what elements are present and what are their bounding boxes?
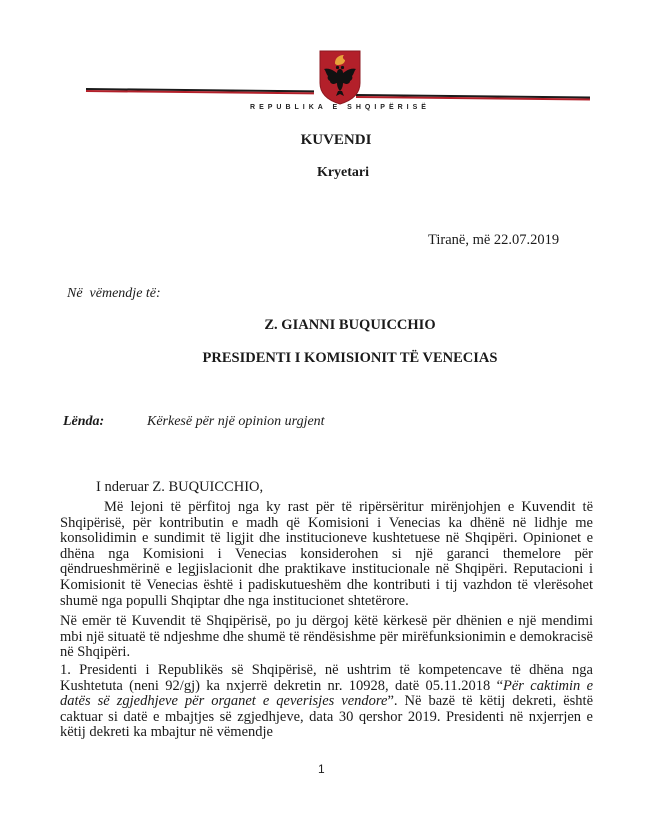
header-rule-left <box>86 88 314 94</box>
recipient-name: Z. GIANNI BUQUICCHIO <box>0 317 672 334</box>
coat-of-arms-icon <box>318 49 362 105</box>
salutation: I nderuar Z. BUQUICCHIO, <box>96 479 263 496</box>
republic-name: REPUBLIKA E SHQIPËRISË <box>250 104 430 111</box>
subject-label: Lënda: <box>63 414 104 430</box>
attention-label: Në vëmendje të: <box>67 286 161 302</box>
date-line: Tiranë, më 22.07.2019 <box>428 232 559 249</box>
subject-text: Kërkesë për një opinion urgjent <box>147 414 325 430</box>
recipient-title: PRESIDENTI I KOMISIONIT TË VENECIAS <box>0 350 672 367</box>
body-paragraph-3: 1. Presidenti i Republikës së Shqipërisë… <box>60 663 593 741</box>
body-paragraph-1: Më lejoni të përfitoj nga ky rast për të… <box>60 500 593 609</box>
office-name: Kryetari <box>0 165 672 181</box>
page-number: 1 <box>318 762 325 776</box>
body-paragraph-2: Në emër të Kuvendit të Shqipërisë, po ju… <box>60 614 593 661</box>
header-rule-right <box>356 94 590 100</box>
institution-name: KUVENDI <box>0 132 672 149</box>
